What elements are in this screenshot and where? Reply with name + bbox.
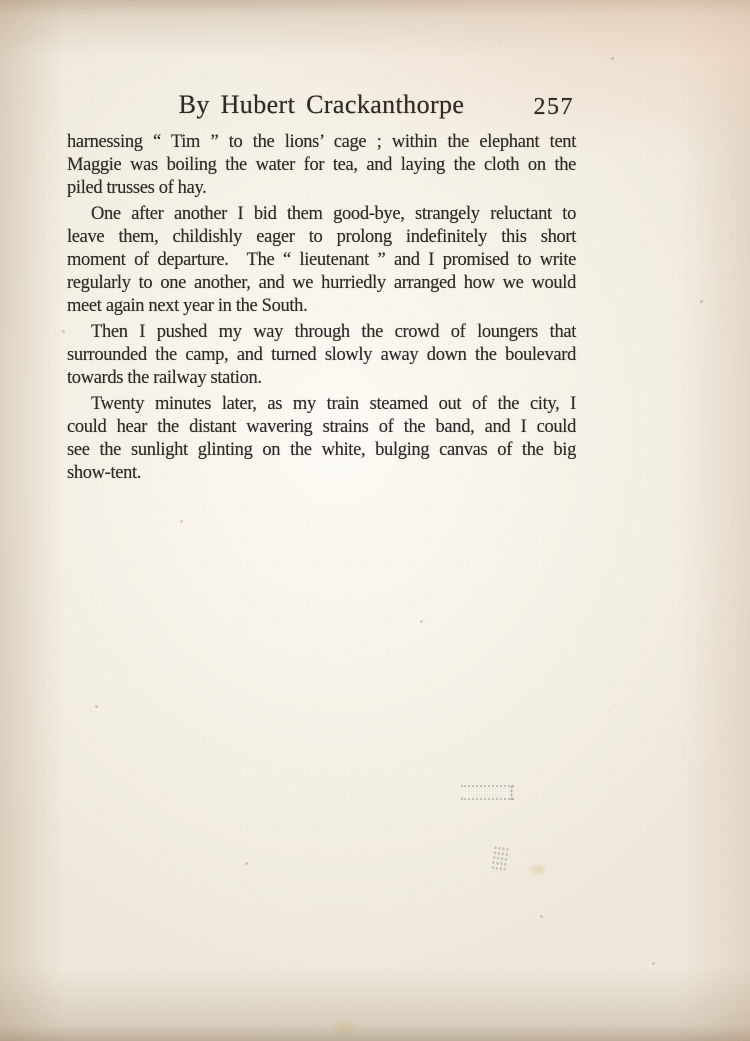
text-line: Maggie was boiling the water for tea, an… bbox=[67, 154, 576, 177]
scan-speck bbox=[62, 330, 65, 333]
scan-artifact-stain bbox=[330, 1018, 360, 1034]
paragraph: Twenty minutes later, as my train steame… bbox=[67, 393, 576, 485]
book-page-scan: By Hubert Crackanthorpe 257 harnessing “… bbox=[0, 0, 750, 1041]
text-line: moment of departure. The “ lieutenant ” … bbox=[67, 249, 576, 272]
scan-artifact-smudge bbox=[490, 845, 509, 873]
scan-speck bbox=[611, 57, 614, 60]
scan-artifact-dotted-row bbox=[461, 785, 514, 787]
scan-speck bbox=[700, 300, 703, 303]
text-line: could hear the distant wavering strains … bbox=[67, 416, 576, 439]
text-line: Twenty minutes later, as my train steame… bbox=[67, 393, 576, 416]
scan-speck bbox=[245, 862, 248, 865]
text-line: Then I pushed my way through the crowd o… bbox=[67, 321, 576, 344]
scan-artifact-dotted-row bbox=[461, 798, 514, 800]
text-line: leave them, childishly eager to prolong … bbox=[67, 226, 576, 249]
body-text: harnessing “ Tim ” to the lions’ cage ; … bbox=[67, 131, 576, 485]
scan-speck bbox=[652, 962, 655, 965]
scan-artifact-tick bbox=[510, 785, 513, 800]
scan-artifact-dotted-marks bbox=[461, 784, 514, 804]
text-line: see the sunlight glinting on the white, … bbox=[67, 439, 576, 462]
text-line: One after another I bid them good-bye, s… bbox=[67, 203, 576, 226]
scan-speck bbox=[95, 705, 98, 708]
paragraph: Then I pushed my way through the crowd o… bbox=[67, 321, 576, 390]
scan-speck bbox=[180, 520, 183, 523]
scan-speck bbox=[420, 620, 423, 623]
page-number: 257 bbox=[534, 94, 575, 121]
scan-artifact-stain bbox=[527, 862, 549, 877]
running-header-title: By Hubert Crackanthorpe bbox=[67, 90, 576, 120]
text-line: towards the railway station. bbox=[67, 367, 576, 390]
running-header: By Hubert Crackanthorpe 257 bbox=[67, 90, 576, 130]
text-line: surrounded the camp, and turned slowly a… bbox=[67, 344, 576, 367]
scan-speck bbox=[540, 915, 543, 918]
text-line: meet again next year in the South. bbox=[67, 295, 576, 318]
paragraph: One after another I bid them good-bye, s… bbox=[67, 203, 576, 318]
text-line: piled trusses of hay. bbox=[67, 177, 576, 200]
paragraph: harnessing “ Tim ” to the lions’ cage ; … bbox=[67, 131, 576, 200]
text-line: regularly to one another, and we hurried… bbox=[67, 272, 576, 295]
text-line: harnessing “ Tim ” to the lions’ cage ; … bbox=[67, 131, 576, 154]
text-line: show-tent. bbox=[67, 462, 576, 485]
